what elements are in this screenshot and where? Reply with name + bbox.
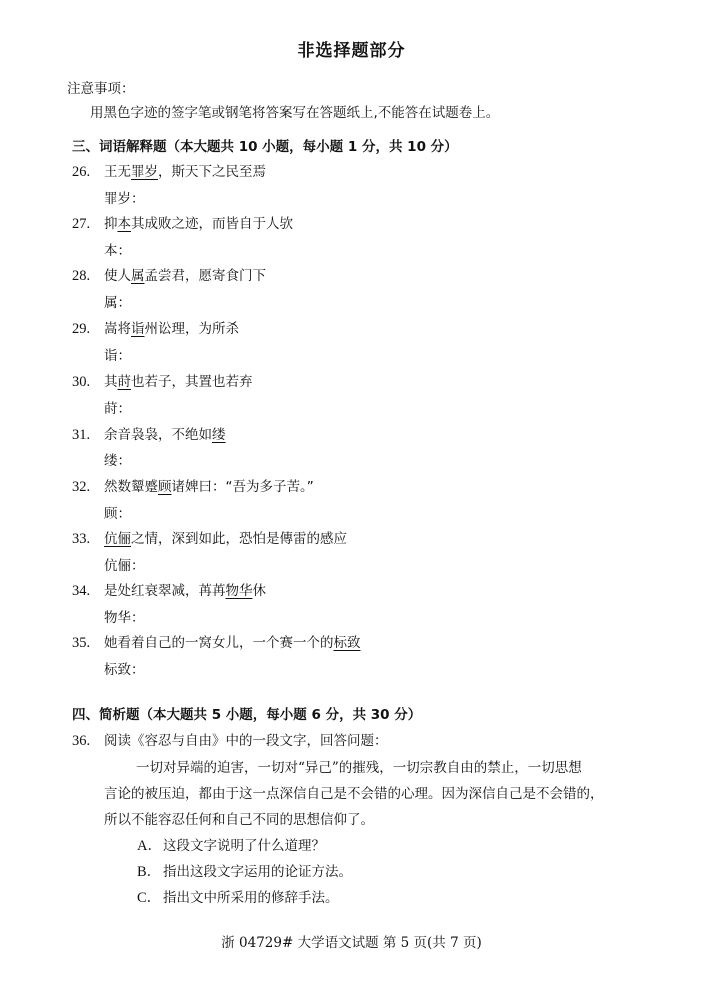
sub-question-c: C． 指出文中所采用的修辞手法。	[137, 886, 339, 907]
notice-body: 用黑色字迹的签字笔或钢笔将答案写在答题纸上,不能答在试题卷上。	[90, 101, 499, 121]
underlined-term: 本	[118, 216, 132, 232]
underlined-term: 顾	[158, 479, 172, 495]
passage-line-2: 言论的被压迫，都由于这一点深信自己是不会错的心理。因为深信自己是不会错的，	[104, 782, 604, 802]
answer-label-27: 本：	[104, 239, 131, 259]
question-prompt: 阅读《容忍与自由》中的一段文字，回答问题：	[104, 729, 388, 749]
question-text: 抑本其成败之迹，而皆自于人欤	[104, 212, 293, 232]
question-31: 31. 余音袅袅，不绝如缕	[72, 423, 226, 444]
underlined-term: 罪岁	[131, 164, 158, 180]
sub-question-label: A．	[137, 834, 163, 855]
question-text: 然数颦蹙顾诸婢曰：“吾为多子苦。”	[104, 475, 314, 495]
question-text: 是处红衰翠减，苒苒物华休	[104, 579, 266, 599]
section-4-heading: 四、简析题（本大题共 5 小题，每小题 6 分，共 30 分）	[72, 703, 421, 723]
question-34: 34. 是处红衰翠减，苒苒物华休	[72, 579, 266, 600]
underlined-term: 伉俪	[104, 531, 131, 547]
passage-line-3: 所以不能容忍任何和自己不同的思想信仰了。	[104, 808, 374, 828]
question-30: 30. 其莳也若子，其置也若弃	[72, 370, 253, 391]
question-number: 30.	[72, 374, 104, 391]
question-number: 27.	[72, 216, 104, 233]
sub-question-text: 指出文中所采用的修辞手法。	[163, 886, 339, 906]
answer-label-31: 缕：	[104, 449, 131, 469]
question-number: 28.	[72, 268, 104, 285]
question-number: 32.	[72, 479, 104, 496]
question-text: 王无罪岁，斯天下之民至焉	[104, 160, 266, 180]
answer-label-33: 伉俪：	[104, 554, 145, 574]
page-title: 非选择题部分	[0, 36, 703, 61]
notice-heading: 注意事项：	[67, 77, 135, 97]
underlined-term: 属	[131, 268, 145, 284]
underlined-term: 物华	[226, 583, 253, 599]
section-3-heading: 三、词语解释题（本大题共 10 小题，每小题 1 分，共 10 分）	[72, 135, 458, 155]
underlined-term: 莳	[118, 374, 132, 390]
passage-line-1: 一切对异端的迫害，一切对“异己”的摧残，一切宗教自由的禁止，一切思想	[136, 756, 582, 776]
question-number: 31.	[72, 427, 104, 444]
sub-question-text: 指出这段文字运用的论证方法。	[163, 860, 352, 880]
sub-question-b: B． 指出这段文字运用的论证方法。	[137, 860, 352, 881]
underlined-term: 标致	[334, 635, 361, 651]
question-number: 36.	[72, 733, 104, 750]
sub-question-label: C．	[137, 886, 163, 907]
answer-label-28: 属：	[104, 291, 131, 311]
question-text: 使人属孟尝君，愿寄食门下	[104, 264, 266, 284]
answer-label-26: 罪岁：	[104, 187, 145, 207]
question-text: 嵩将诣州讼理，为所杀	[104, 317, 239, 337]
answer-label-35: 标致：	[104, 658, 145, 678]
question-text: 她看着自己的一窝女儿，一个赛一个的标致	[104, 631, 361, 651]
answer-label-34: 物华：	[104, 606, 145, 626]
question-number: 34.	[72, 583, 104, 600]
question-text: 伉俪之情，深到如此，恐怕是傳雷的感应	[104, 527, 347, 547]
answer-label-32: 顾：	[104, 502, 131, 522]
question-28: 28. 使人属孟尝君，愿寄食门下	[72, 264, 266, 285]
underlined-term: 缕	[212, 427, 226, 443]
question-32: 32. 然数颦蹙顾诸婢曰：“吾为多子苦。”	[72, 475, 314, 496]
underlined-term: 诣	[131, 321, 145, 337]
question-number: 33.	[72, 531, 104, 548]
question-text: 其莳也若子，其置也若弃	[104, 370, 253, 390]
page-footer: 浙 04729# 大学语文试题 第 5 页(共 7 页)	[0, 931, 703, 951]
question-35: 35. 她看着自己的一窝女儿，一个赛一个的标致	[72, 631, 361, 652]
question-text: 余音袅袅，不绝如缕	[104, 423, 226, 443]
question-number: 29.	[72, 321, 104, 338]
answer-label-29: 诣：	[104, 344, 131, 364]
question-36: 36. 阅读《容忍与自由》中的一段文字，回答问题：	[72, 729, 388, 750]
question-29: 29. 嵩将诣州讼理，为所杀	[72, 317, 239, 338]
question-33: 33. 伉俪之情，深到如此，恐怕是傳雷的感应	[72, 527, 347, 548]
question-number: 26.	[72, 164, 104, 181]
sub-question-label: B．	[137, 860, 163, 881]
question-27: 27. 抑本其成败之迹，而皆自于人欤	[72, 212, 293, 233]
exam-page: 非选择题部分 注意事项： 用黑色字迹的签字笔或钢笔将答案写在答题纸上,不能答在试…	[0, 0, 703, 987]
question-26: 26. 王无罪岁，斯天下之民至焉	[72, 160, 266, 181]
question-number: 35.	[72, 635, 104, 652]
sub-question-a: A． 这段文字说明了什么道理？	[137, 834, 325, 855]
answer-label-30: 莳：	[104, 397, 131, 417]
sub-question-text: 这段文字说明了什么道理？	[163, 834, 325, 854]
